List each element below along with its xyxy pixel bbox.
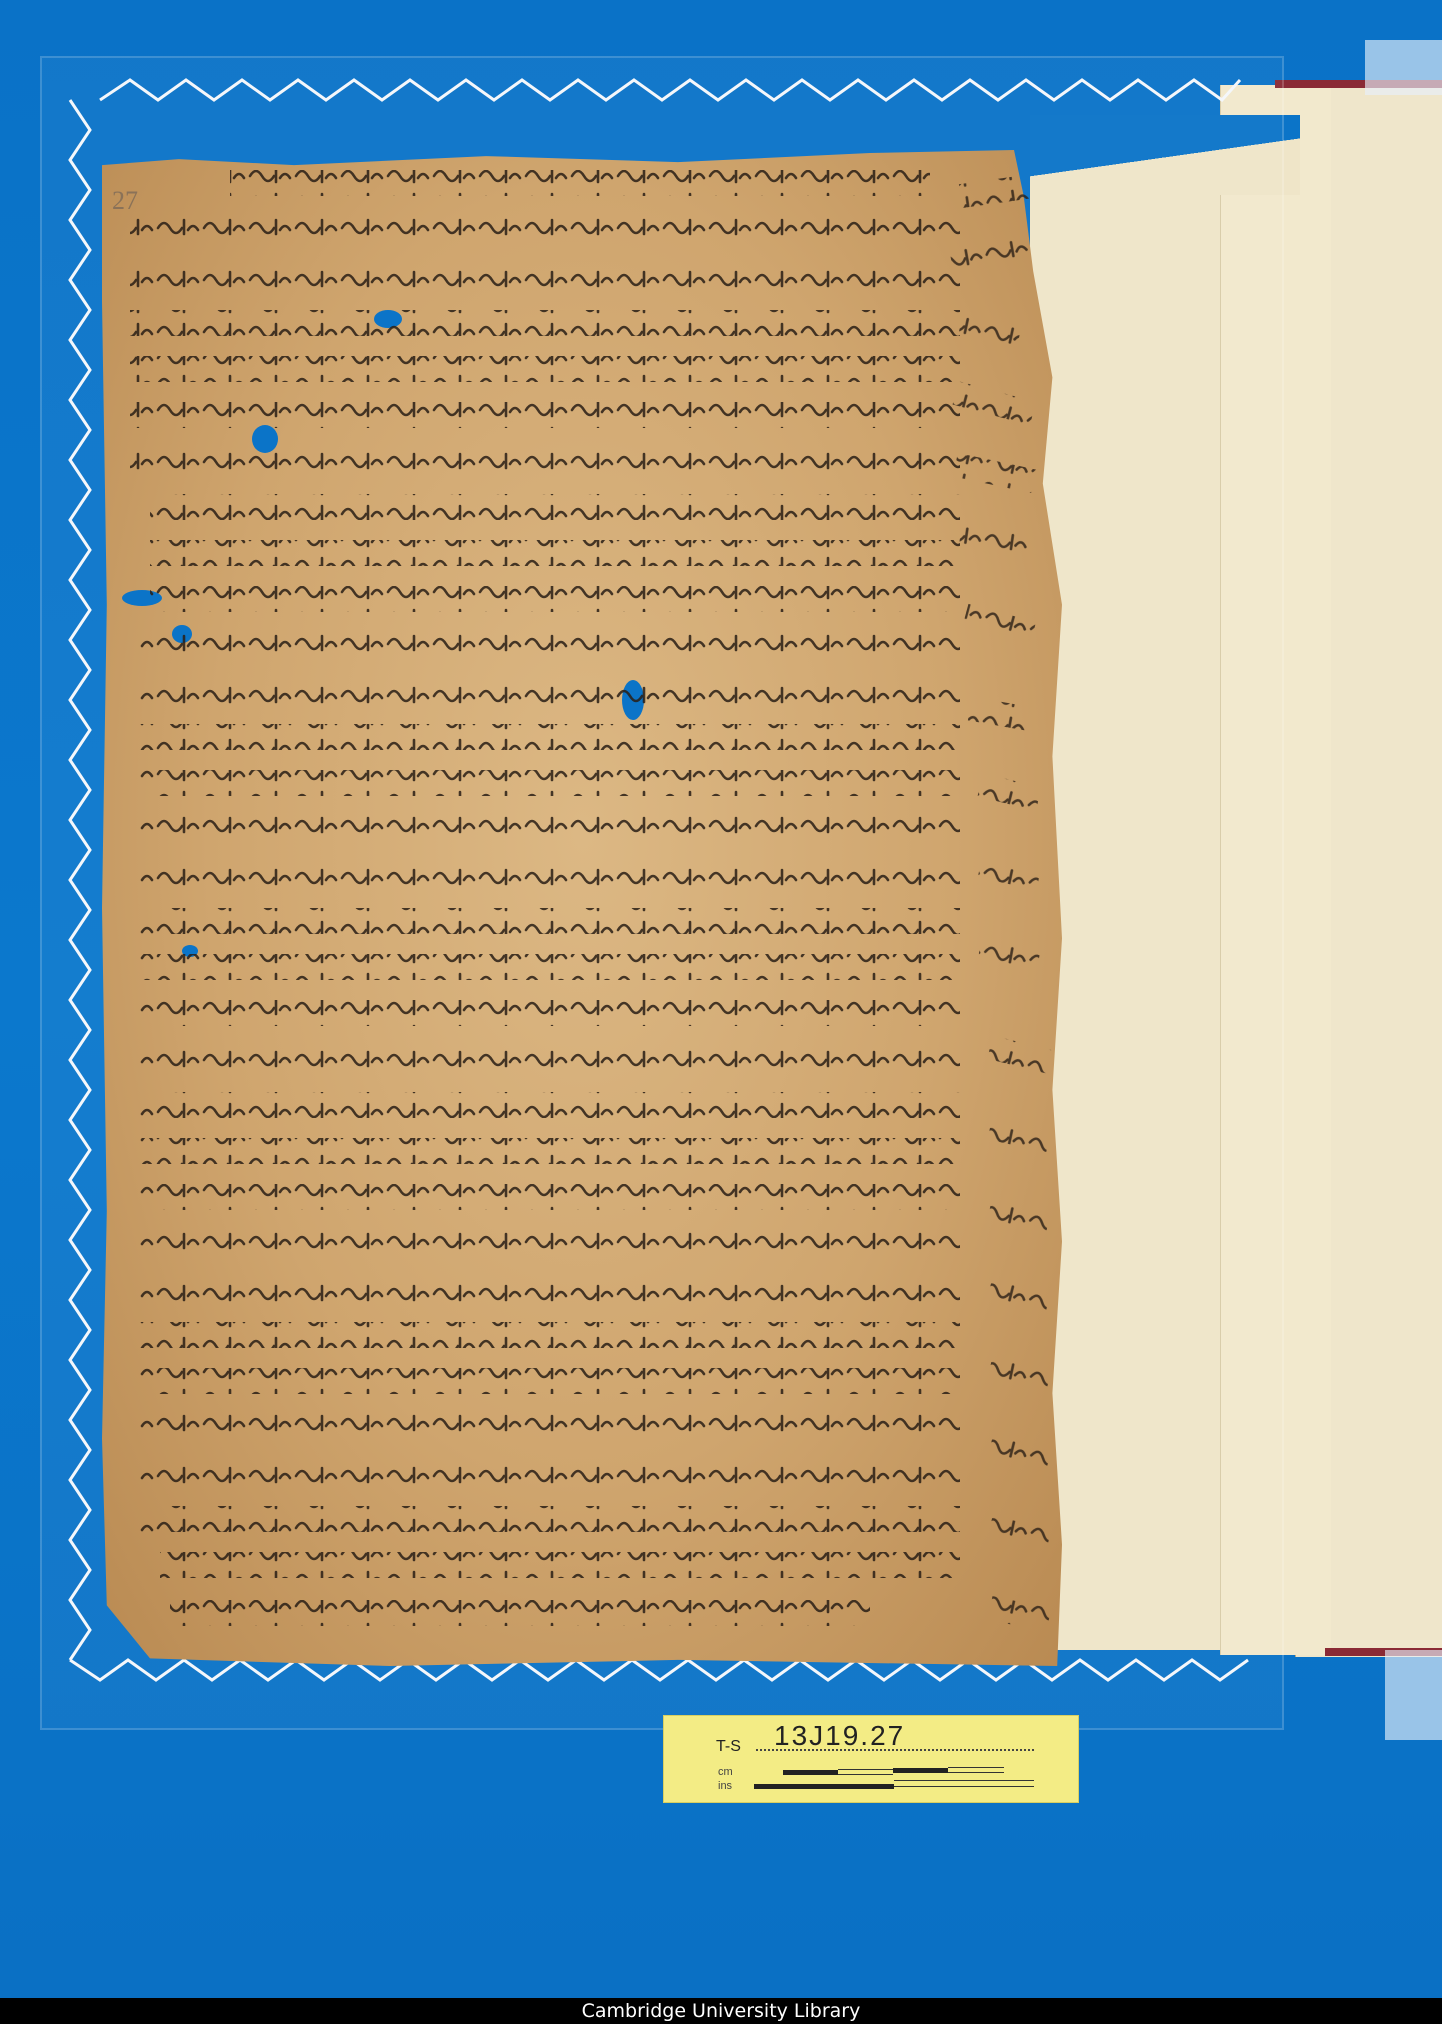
scale-bar-ins — [894, 1780, 1034, 1781]
dotted-line — [756, 1749, 1034, 1751]
shelfmark-number: 13J19.27 — [774, 1720, 905, 1752]
tape-top-right — [1365, 40, 1442, 95]
scale-bar-cm — [948, 1772, 1004, 1773]
shelfmark-prefix: T-S — [716, 1738, 741, 1756]
scale-bar-cm — [783, 1770, 838, 1775]
shelfmark-label: T-S 13J19.27 cm ins — [664, 1716, 1078, 1802]
scale-bar-cm — [948, 1767, 1004, 1768]
scale-ins-label: ins — [718, 1780, 732, 1792]
scale-bar-cm — [838, 1769, 893, 1770]
scale-bar-ins — [754, 1784, 894, 1789]
tape-bottom-right — [1385, 1650, 1442, 1740]
handwritten-text-block — [110, 160, 1070, 1660]
scale-bar-ins — [894, 1786, 1034, 1787]
scale-cm-label: cm — [718, 1766, 733, 1778]
scale-bar-cm — [893, 1768, 948, 1773]
scale-bar-cm — [838, 1774, 893, 1775]
library-credit-footer: Cambridge University Library — [0, 1998, 1442, 2024]
